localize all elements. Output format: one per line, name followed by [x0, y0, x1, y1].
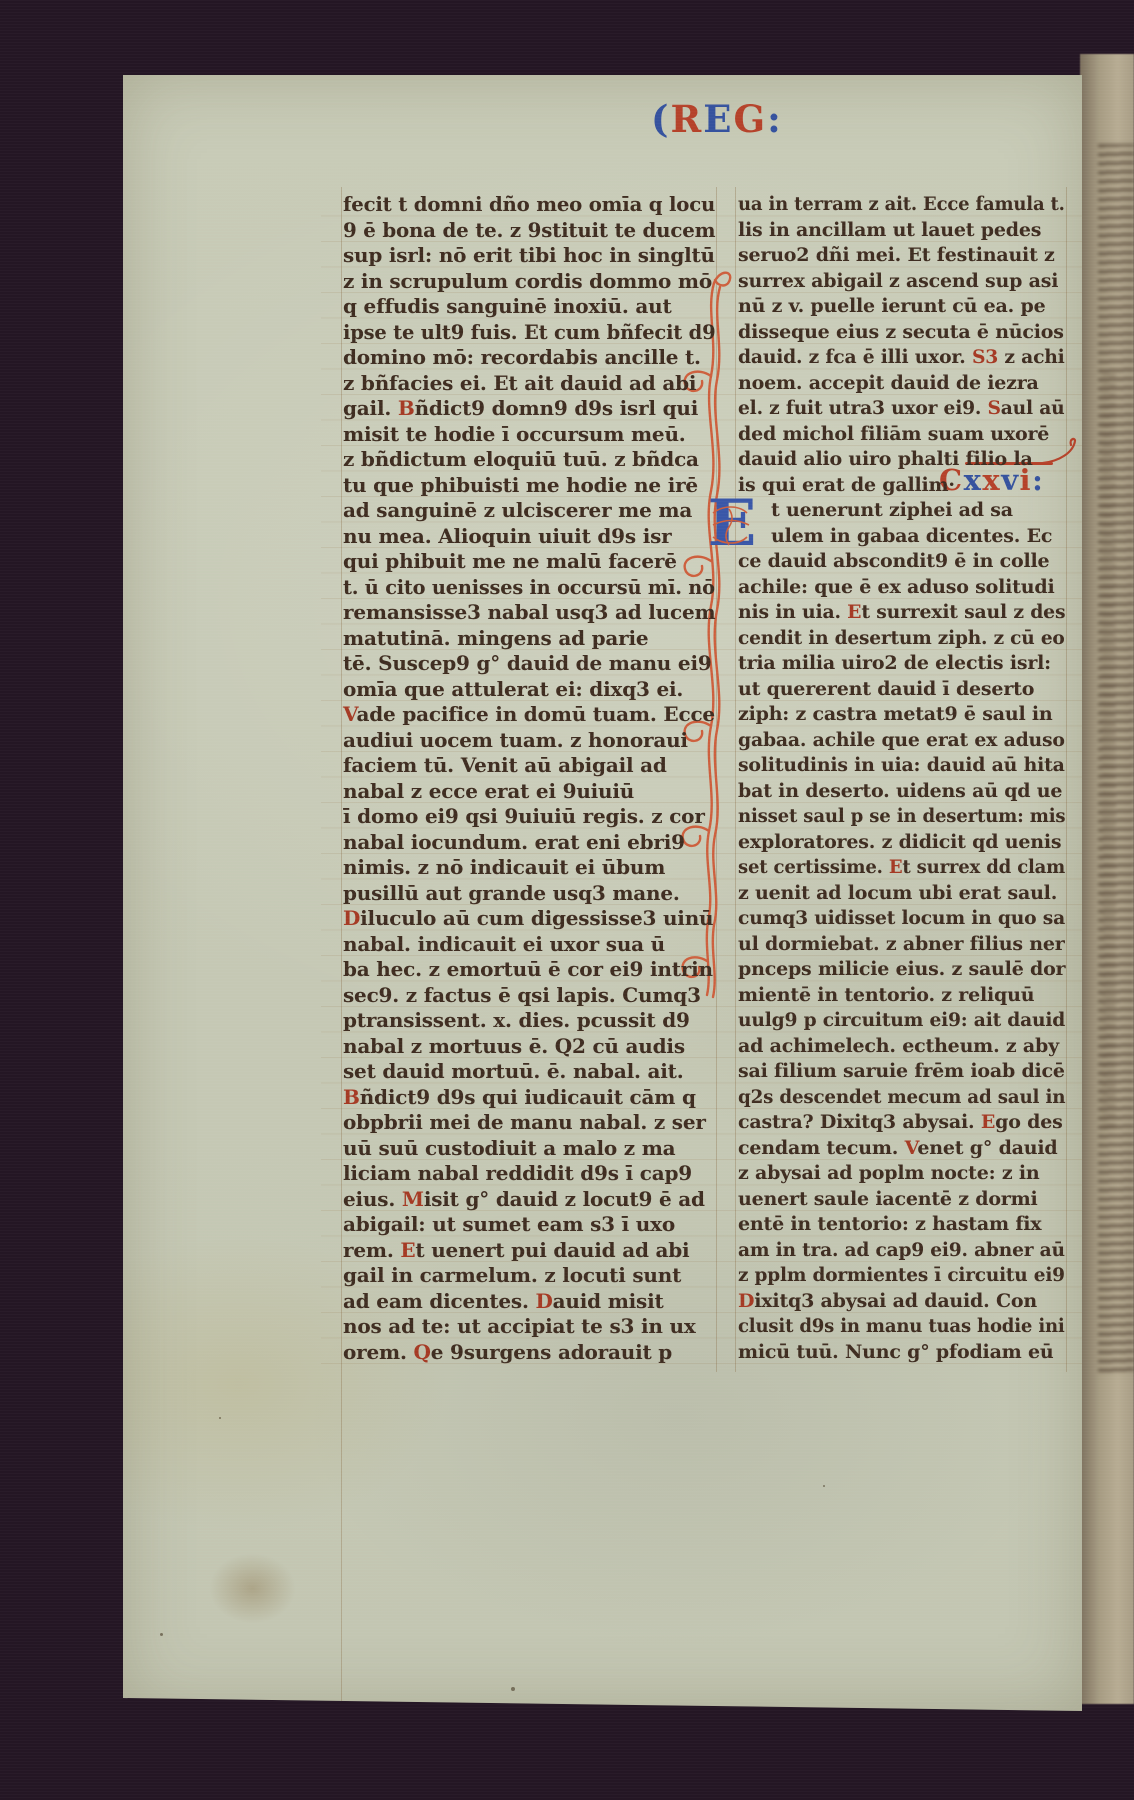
text-line: 9 ē bona de te. z 9stituit te ducem [343, 218, 711, 244]
text-line: z pplm dormientes ī circuitu ei9 [738, 1263, 1056, 1289]
text-line: nimis. z nō indicauit ei ūbum [343, 855, 715, 881]
text-line: ad eam dicentes. Dauid misit [343, 1289, 715, 1315]
text-line: noem. accepit dauid de iezra [738, 371, 1065, 397]
text-line: tu que phibuisti me hodie ne irē [343, 473, 715, 499]
text-line: dauid. z fca ē illi uxor. S3 z achi [738, 345, 1060, 371]
ruling-line [716, 187, 717, 1372]
text-line: uū suū custodiuit a malo z ma [343, 1136, 715, 1162]
ruling-line [735, 187, 736, 1372]
book-fore-edge [1080, 54, 1134, 1704]
text-line: q2s descendet mecum ad saul in [738, 1085, 1052, 1111]
text-line: tria milia uiro2 de electis isrl: [738, 651, 1065, 677]
text-line: pnceps milicie eius. z saulē dor [738, 957, 1065, 983]
ruling-line [1066, 187, 1067, 1372]
text-line: is qui erat de gallim· [738, 473, 1065, 499]
text-line: set certissime. Et surrex dd clam [738, 855, 1049, 881]
text-line: Vade pacifice in domū tuam. Ecce [343, 702, 715, 728]
header-letter: ( [651, 97, 671, 141]
text-line: sec9. z factus ē qsi lapis. Cumq3 [343, 983, 715, 1009]
text-line: misit te hodie ī occursum meū. [343, 422, 715, 448]
fore-edge-text-blur [1102, 374, 1116, 1134]
text-line: set dauid mortuū. ē. nabal. ait. [343, 1059, 715, 1085]
text-line: clusit d9s in manu tuas hodie ini [738, 1314, 1049, 1340]
text-line: faciem tū. Venit aū abigail ad [343, 753, 715, 779]
text-line: omīa que attulerat ei: dixq3 ei. [343, 677, 715, 703]
text-line: Diluculo aū cum digessisse3 uinū [343, 906, 715, 932]
text-line: ul dormiebat. z abner filius ner [738, 932, 1065, 958]
text-line: solitudinis in uia: dauid aū hita [738, 753, 1063, 779]
text-line: castra? Dixitq3 abysai. Ego des [738, 1110, 1065, 1136]
text-line: ad sanguinē z ulciscerer me ma [343, 498, 715, 524]
text-line: ī domo ei9 qsi 9uiuiū regis. z cor [343, 804, 715, 830]
text-line: z abysai ad poplm nocte: z in [738, 1161, 1065, 1187]
text-line: nabal. indicauit ei uxor sua ū [343, 932, 715, 958]
text-line: nu mea. Alioquin uiuit d9s isr [343, 524, 715, 550]
text-line: mientē in tentorio. z reliquū [738, 983, 1065, 1009]
text-line: abigail: ut sumet eam s3 ī uxo [343, 1212, 715, 1238]
text-line: ua in terram z ait. Ecce famula t. [738, 192, 1048, 218]
header-letter: R [671, 97, 704, 141]
text-line: sai filium saruie frēm ioab dicē [738, 1059, 1065, 1085]
text-line: Dixitq3 abysai ad dauid. Con [738, 1289, 1065, 1315]
text-line: sup isrl: nō erit tibi hoc in singltū [343, 243, 714, 269]
text-line: t uenerunt ziphei ad sa [771, 498, 1065, 524]
text-line: eius. Misit g° dauid z locut9 ē ad [343, 1187, 715, 1213]
stain [823, 1485, 825, 1487]
text-line: exploratores. z didicit qd uenis [738, 830, 1065, 856]
text-line: obpbrii mei de manu nabal. z ser [343, 1110, 715, 1136]
text-line: ptransissent. x. dies. pcussit d9 [343, 1008, 715, 1034]
text-line: rem. Et uenert pui dauid ad abi [343, 1238, 715, 1264]
text-line: ipse te ult9 fuis. Et cum bñfecit d9 [343, 320, 705, 346]
text-line: gail in carmelum. z locuti sunt [343, 1263, 715, 1289]
text-column-left: fecit t domni dño meo omīa q locu9 ē bon… [343, 192, 715, 1365]
text-line: uenert saule iacentē z dormi [738, 1187, 1065, 1213]
text-line: nū z v. puelle ierunt cū ea. pe [738, 294, 1065, 320]
ruling-line [341, 187, 342, 1707]
stain [160, 1633, 163, 1636]
header-letter: G [733, 97, 767, 141]
text-line: ded michol filiām suam uxorē [738, 422, 1065, 448]
header-letter: E [703, 97, 733, 141]
text-line: entē in tentorio: z hastam fix [738, 1212, 1065, 1238]
text-line: z in scrupulum cordis dommo mō [343, 269, 715, 295]
text-line: nabal iocundum. erat eni ebri9 [343, 830, 715, 856]
text-line: ziph: z castra metat9 ē saul in [738, 702, 1065, 728]
text-line: tē. Suscep9 g° dauid de manu ei9 [343, 651, 715, 677]
text-line: z bñfacies ei. Et ait dauid ad abi [343, 371, 715, 397]
text-line: gail. Bñdict9 domn9 d9s isrl qui [343, 396, 715, 422]
text-line: audiui uocem tuam. z honoraui [343, 728, 715, 754]
text-line: Bñdict9 d9s qui iudicauit cām q [343, 1085, 715, 1111]
text-line: cendam tecum. Venet g° dauid [738, 1136, 1065, 1162]
text-line: fecit t domni dño meo omīa q locu [343, 192, 709, 218]
text-line: ut quererent dauid ī deserto [738, 677, 1065, 703]
header-letter: : [767, 97, 783, 141]
text-line: z bñdictum eloquiū tuū. z bñdca [343, 447, 715, 473]
running-header: (REG: [651, 95, 783, 143]
stain [511, 1687, 515, 1691]
text-line: t. ū cito uenisses in occursū mī. nō [343, 575, 702, 601]
text-line: matutinā. mingens ad parie [343, 626, 715, 652]
text-line: ad achimelech. ectheum. z aby [738, 1034, 1065, 1060]
text-line: cendit in desertum ziph. z cū eo [738, 626, 1057, 652]
text-line: nabal z ecce erat ei 9uiuiū [343, 779, 715, 805]
text-line: domino mō: recordabis ancille t. [343, 345, 715, 371]
text-line: orem. Qe 9surgens adorauit p [343, 1340, 715, 1366]
text-line: remansisse3 nabal usq3 ad lucem [343, 600, 715, 626]
text-column-right: ua in terram z ait. Ecce famula t.lis in… [738, 192, 1065, 1365]
text-line: am in tra. ad cap9 ei9. abner aū [738, 1238, 1058, 1264]
text-line: gabaa. achile que erat ex aduso [738, 728, 1062, 754]
text-line: seruo2 dñi mei. Et festinauit z [738, 243, 1065, 269]
text-line: bat in deserto. uidens aū qd ue [738, 779, 1065, 805]
text-line: nos ad te: ut accipiat te s3 in ux [343, 1314, 715, 1340]
stain [219, 1417, 221, 1419]
text-line: z uenit ad locum ubi erat saul. [738, 881, 1065, 907]
text-line: ba hec. z emortuū ē cor ei9 intrin [343, 957, 715, 983]
text-line: nis in uia. Et surrexit saul z des [738, 600, 1062, 626]
manuscript-page: (REG: E Cxxvi: fecit t domni dño meo omī… [123, 75, 1082, 1711]
text-line: micū tuū. Nunc g° pfodiam eū [738, 1340, 1065, 1366]
text-line: dauid alio uiro phalti filio la [738, 447, 1065, 473]
text-line: nisset saul p se in desertum: mis [738, 804, 1050, 830]
text-line: surrex abigail z ascend sup asi [738, 269, 1065, 295]
text-line: qui phibuit me ne malū facerē [343, 549, 715, 575]
text-line: ulem in gabaa dicentes. Ec [771, 524, 1065, 550]
text-line: lis in ancillam ut lauet pedes [738, 218, 1065, 244]
text-line: nabal z mortuus ē. Q2 cū audis [343, 1034, 715, 1060]
text-line: q effudis sanguinē inoxiū. aut [343, 294, 715, 320]
text-line: liciam nabal reddidit d9s ī cap9 [343, 1161, 715, 1187]
text-line: uulg9 p circuitum ei9: ait dauid [738, 1008, 1059, 1034]
photo-backdrop: { "document": { "kind": "illuminated man… [0, 0, 1134, 1800]
text-line: el. z fuit utra3 uxor ei9. Saul aū [738, 396, 1059, 422]
text-line: achile: que ē ex aduso solitudi [738, 575, 1065, 601]
text-line: pusillū aut grande usq3 mane. [343, 881, 715, 907]
text-line: disseque eius z secuta ē nūcios [738, 320, 1065, 346]
text-line: ce dauid abscondit9 ē in colle [738, 549, 1065, 575]
text-line: cumq3 uidisset locum in quo sa [738, 906, 1060, 932]
